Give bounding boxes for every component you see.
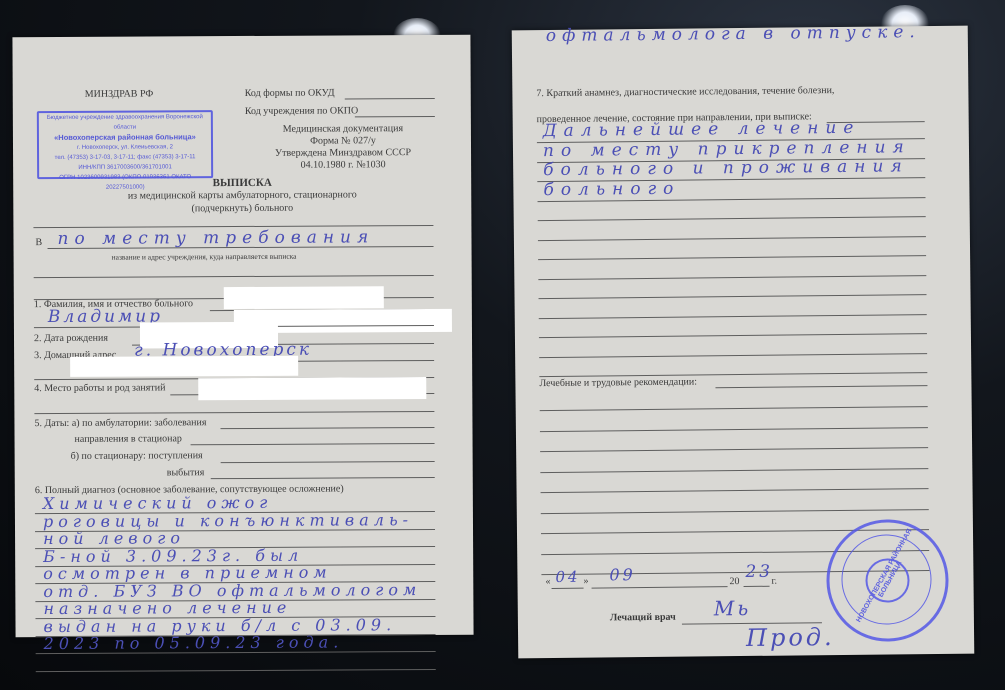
recommendations-rule[interactable] (540, 427, 928, 432)
institution-stamp: Бюджетное учреждение здравоохранения Вор… (37, 110, 213, 179)
date-year-field[interactable] (744, 586, 770, 587)
date-year-prefix: 20 (729, 576, 739, 587)
dates-label: 5. Даты: а) по амбулатории: заболевания (34, 417, 206, 429)
document-subtitle-2: (подчеркнуть) больного (13, 202, 471, 215)
form-info-line: 04.10.1980 г. №1030 (273, 159, 413, 171)
discharge-form-page-2: офтальмолога в отпуске. 7. Краткий анамн… (512, 26, 975, 659)
recommendations-rule[interactable] (540, 406, 928, 411)
anamnesis-rule[interactable] (538, 236, 926, 241)
anamnesis-rule[interactable] (539, 333, 927, 338)
anamnesis-rule[interactable] (539, 314, 927, 319)
to-value: по месту требования (57, 227, 374, 249)
workplace-label: 4. Место работы и род занятий (34, 382, 165, 394)
anamnesis-rule[interactable] (539, 353, 927, 358)
diagnosis-text: 2023 по 05.09.23 года. (44, 632, 344, 653)
form-info-line: Медицинская документация (273, 123, 413, 135)
referral-label: направления в стационар (75, 433, 182, 445)
diagnosis-rule (36, 668, 436, 671)
date-month: 09 (609, 565, 636, 584)
recommendations-rule[interactable] (541, 509, 929, 514)
to-caption: название и адрес учреждения, куда направ… (112, 252, 297, 262)
continued-text: офтальмолога в отпуске. (546, 22, 921, 46)
diagnosis-lines: Химический ожогроговицы и конъюнктиваль-… (12, 35, 470, 37)
date-close-quote: » (583, 576, 588, 587)
recommendations-rule[interactable] (541, 488, 929, 493)
discharge-date-field[interactable] (211, 477, 435, 479)
admission-date-field[interactable] (221, 461, 435, 463)
date-day-field[interactable] (552, 588, 584, 589)
birthdate-label: 2. Дата рождения (34, 333, 108, 344)
recommendations-label: Лечебные и трудовые рекомендации: (539, 376, 697, 389)
okpo-field[interactable] (355, 116, 435, 117)
round-seal-stamp: НОВОХОПЕРСКАЯ РАЙОННАЯ БОЛЬНИЦА (826, 519, 949, 642)
anamnesis-rule[interactable] (538, 255, 926, 260)
date-open-quote: « (545, 576, 550, 587)
anamnesis-text: больного и проживания (543, 156, 909, 180)
stamp-line: тел. (47353) 3-17-03, 3-17-11; факс (473… (39, 152, 211, 163)
doctor-label: Лечащий врач (610, 612, 676, 624)
admission-label: б) по стационару: поступления (71, 450, 203, 462)
discharge-label: выбытия (167, 467, 205, 478)
signature-scribble: Прод. (746, 623, 835, 652)
date-year-unit: г. (771, 576, 777, 587)
form-info-line: Форма № 027/у (273, 135, 413, 147)
document-subtitle: из медицинской карты амбулаторного, стац… (13, 189, 471, 202)
okud-label: Код формы по ОКУД (245, 88, 335, 99)
anamnesis-rule[interactable] (539, 294, 927, 299)
date-month-field[interactable] (592, 586, 728, 588)
doctor-signature: Мь (714, 596, 752, 620)
okud-field[interactable] (345, 98, 435, 99)
recommendations-field[interactable] (715, 385, 927, 388)
diagnosis-text: роговицы и конъюнктиваль- (43, 510, 413, 531)
to-label: В (35, 237, 42, 248)
illness-date-field[interactable] (220, 427, 434, 429)
redaction (224, 286, 384, 309)
recommendations-rule[interactable] (540, 447, 928, 452)
referral-date-field[interactable] (191, 443, 435, 445)
date-year: 23 (745, 562, 773, 582)
recommendations-rule[interactable] (540, 468, 928, 473)
workplace-field-2[interactable] (34, 411, 434, 414)
redaction (70, 356, 298, 377)
okpo-label: Код учреждения по ОКПО (245, 105, 358, 117)
date-day: 04 (555, 568, 580, 586)
anamnesis-text: больного (543, 178, 680, 199)
anamnesis-rule[interactable] (538, 216, 926, 221)
discharge-form-page-1: МИНЗДРАВ РФ Код формы по ОКУД Код учрежд… (12, 35, 473, 637)
anamnesis-rule[interactable] (538, 275, 926, 280)
to-field-2[interactable] (34, 275, 434, 278)
ministry-header: МИНЗДРАВ РФ (85, 88, 154, 99)
document-title: ВЫПИСКА (13, 176, 471, 190)
redaction (198, 377, 426, 400)
anamnesis-rule[interactable] (539, 372, 927, 377)
form-info-line: Утверждена Минздравом СССР (273, 147, 413, 159)
stamp-line: «Новохоперская районная больница» (39, 132, 211, 143)
stamp-line: Бюджетное учреждение здравоохранения Вор… (39, 112, 211, 133)
anamnesis-label: 7. Краткий анамнез, диагностические иссл… (536, 85, 834, 99)
